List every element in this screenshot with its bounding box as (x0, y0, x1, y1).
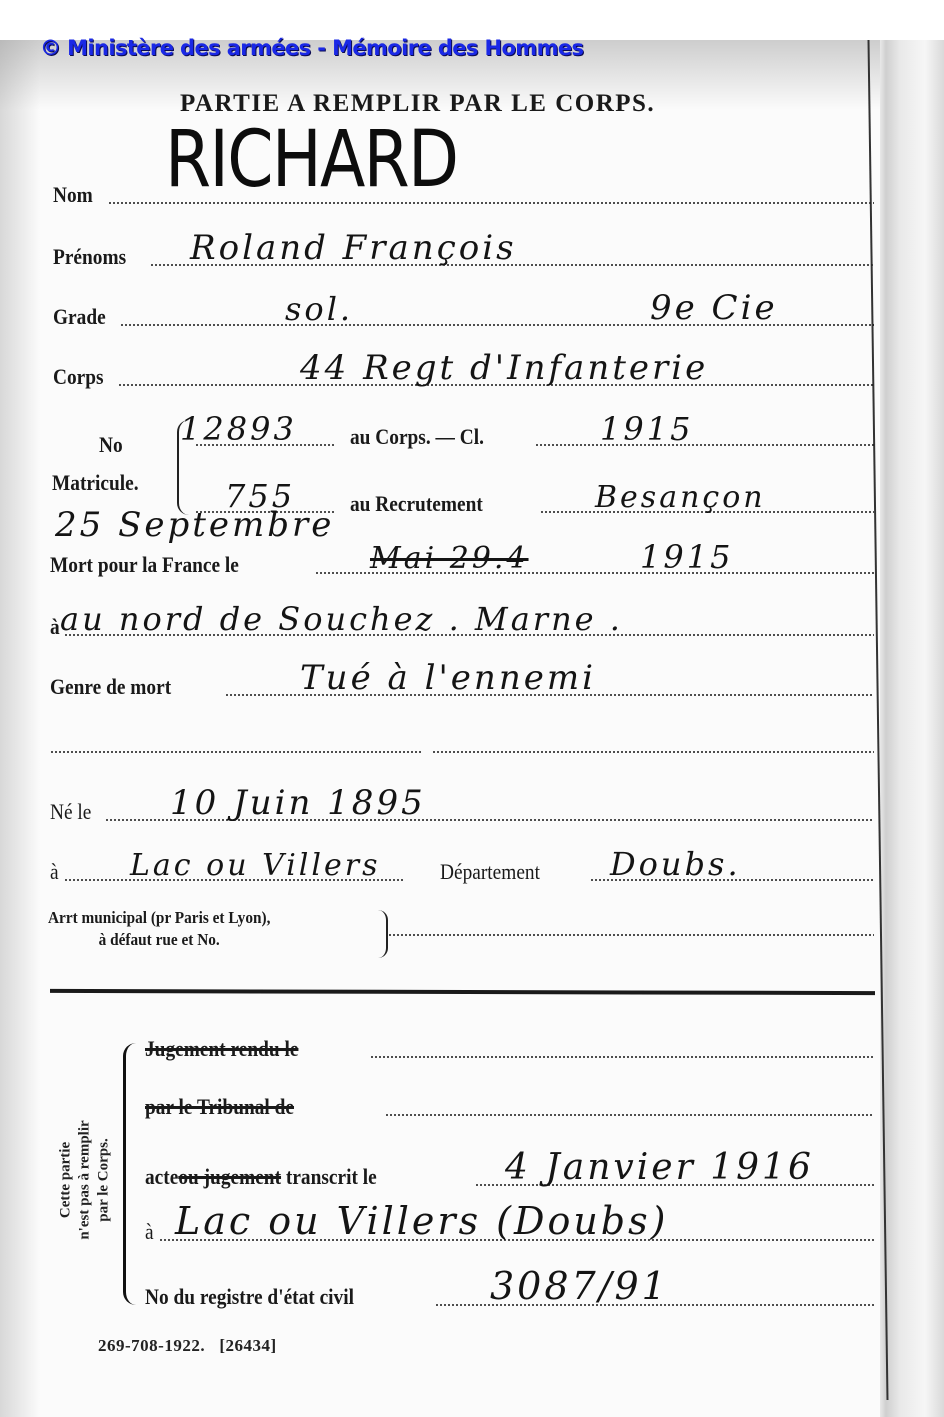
field-arr-municipal (388, 910, 874, 940)
matricule-corps-value: 12893 (180, 410, 297, 448)
field-blank (50, 727, 874, 757)
transcrit-lieu-value: Lac ou Villers (Doubs) (175, 1199, 668, 1243)
field-lieu-mort: à au nord de Souchez . Marne . (50, 610, 874, 640)
arr-municipal-label: Arrt municipal (pr Paris et Lyon), à déf… (48, 907, 270, 951)
field-grade: Grade sol. 9e Cie (50, 300, 874, 330)
mort-year-value: 1915 (640, 538, 733, 576)
genre-mort-label: Genre de mort (50, 674, 171, 700)
lieu-mort-label: à (50, 614, 60, 640)
transcrit-suffix: transcrit le (286, 1164, 377, 1189)
departement-value: Doubs. (610, 845, 741, 883)
prenoms-label: Prénoms (53, 244, 126, 270)
mort-struck-value: Mai 29.4 (370, 541, 529, 576)
field-tribunal: par le Tribunal de (145, 1090, 874, 1120)
dotted-line (388, 934, 874, 936)
side-note-line2: n'est pas à remplir (76, 1050, 95, 1310)
departement-label: Département (440, 859, 540, 885)
transcrit-struck: ou jugement (178, 1164, 281, 1189)
arr-municipal-line1: Arrt municipal (pr Paris et Lyon), (48, 907, 270, 929)
transcrit-lieu-label: à (145, 1219, 154, 1245)
print-code: 269-708-1922. [26434] (98, 1336, 277, 1356)
company-value: 9e Cie (650, 288, 778, 328)
dotted-line (108, 202, 874, 204)
copyright-watermark: © Ministère des armées - Mémoire des Hom… (40, 36, 583, 60)
matricule-no-label: No (99, 432, 123, 458)
dotted-line (385, 1114, 874, 1116)
genre-mort-value: Tué à l'ennemi (300, 658, 596, 698)
nom-label: Nom (53, 182, 93, 208)
prenoms-value: Roland François (190, 228, 517, 268)
transcrit-prefix: acte (145, 1164, 178, 1189)
lieu-mort-value: au nord de Souchez . Marne . (60, 600, 623, 638)
field-ne-a: à Lac ou Villers Département Doubs. (50, 855, 874, 885)
page-edge-shadow (880, 40, 944, 1417)
corps-label: Corps (53, 364, 104, 390)
field-nom: Nom (50, 178, 874, 208)
field-corps: Corps 44 Regt d'Infanterie (50, 360, 874, 390)
grade-value: sol. (285, 290, 353, 328)
field-registre: No du registre d'état civil 3087/91 (145, 1280, 874, 1310)
mort-label: Mort pour la France le (50, 552, 239, 578)
form-heading: PARTIE A REMPLIR PAR LE CORPS. (180, 90, 655, 118)
top-margin (0, 0, 944, 40)
arr-brace (378, 910, 388, 958)
ne-a-value: Lac ou Villers (130, 848, 380, 883)
dotted-line (370, 1056, 874, 1058)
field-matricule-corps: 12893 au Corps. — Cl. 1915 (195, 420, 874, 450)
field-mort: Mort pour la France le Mai 29.4 1915 (50, 548, 874, 578)
tribunal-label: par le Tribunal de (145, 1094, 294, 1120)
dotted-line (50, 751, 422, 753)
recrutement-place-value: Besançon (595, 480, 766, 515)
ne-le-label: Né le (50, 799, 91, 825)
jugement-label: Jugement rendu le (145, 1036, 298, 1062)
ne-le-value: 10 Juin 1895 (170, 783, 426, 823)
field-ne-le: Né le 10 Juin 1895 (50, 795, 874, 825)
matricule-label: Matricule. (52, 470, 139, 496)
civil-brace (123, 1043, 136, 1305)
registre-value: 3087/91 (490, 1264, 669, 1308)
field-prenoms: Prénoms Roland François (50, 240, 874, 270)
dotted-line (432, 751, 874, 753)
field-jugement: Jugement rendu le (145, 1032, 874, 1062)
au-corps-label: au Corps. — Cl. (350, 424, 484, 450)
field-genre-mort: Genre de mort Tué à l'ennemi (50, 670, 874, 700)
transcrit-value: 4 Janvier 1916 (505, 1147, 814, 1188)
mort-date-value: 25 Septembre (55, 505, 334, 545)
field-transcrit-lieu: à Lac ou Villers (Doubs) (145, 1215, 874, 1245)
arr-municipal-line2: à défaut rue et No. (48, 929, 270, 951)
side-note-line1: Cette partie (57, 1050, 76, 1310)
registre-label: No du registre d'état civil (145, 1284, 354, 1310)
corps-value: 44 Regt d'Infanterie (300, 348, 708, 388)
au-recrutement-label: au Recrutement (350, 491, 483, 517)
transcrit-label: acteou jugement transcrit le (145, 1164, 377, 1190)
field-transcrit: acteou jugement transcrit le 4 Janvier 1… (145, 1160, 874, 1190)
grade-label: Grade (53, 304, 106, 330)
dotted-line (535, 444, 874, 446)
side-note-line3: par le Corps. (95, 1050, 114, 1310)
ne-a-label: à (50, 859, 59, 885)
classe-value: 1915 (600, 410, 693, 448)
